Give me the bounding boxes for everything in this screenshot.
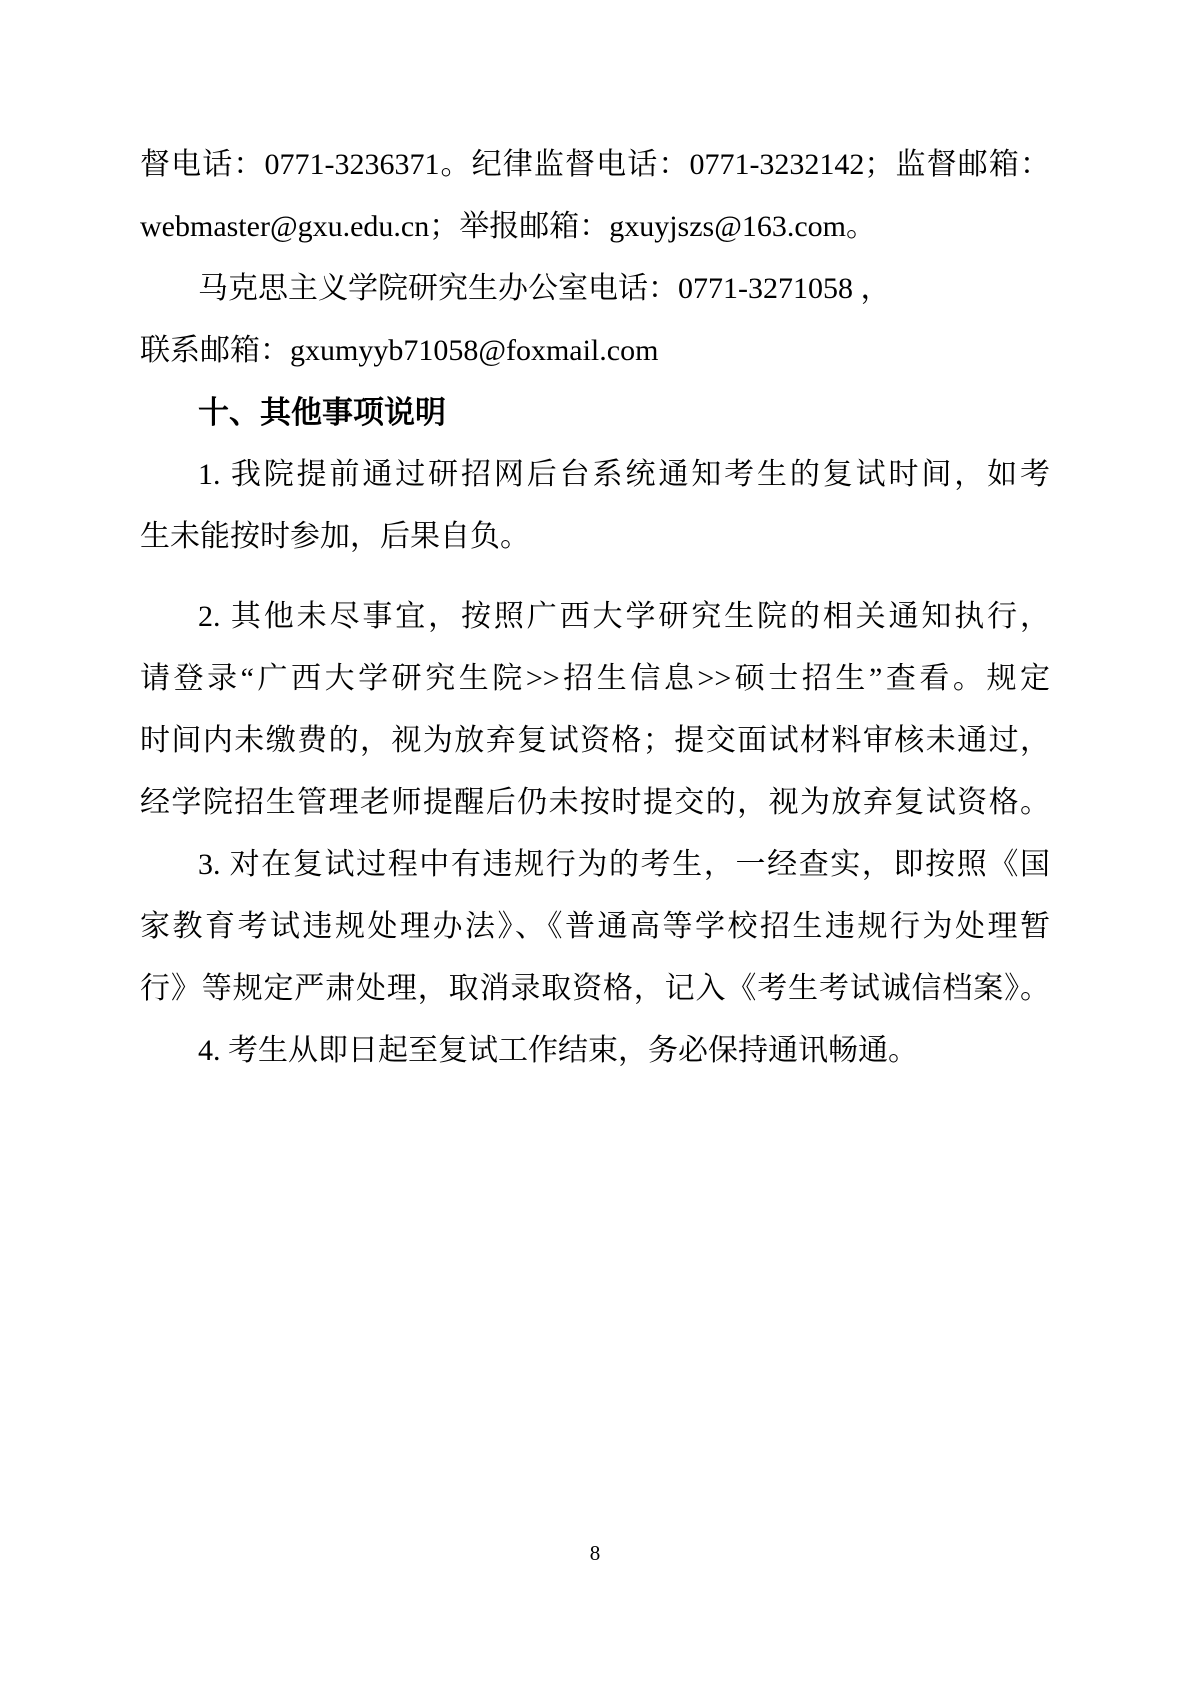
item-3-paragraph: 3. 对在复试过程中有违规行为的考生，一经查实，即按照《国 家教育考试违规处理办…: [140, 834, 1050, 1020]
body-line: 家教育考试违规处理办法》、《普通高等学校招生违规行为处理暂: [140, 896, 1050, 958]
body-line: 时间内未缴费的，视为放弃复试资格；提交面试材料审核未通过，: [140, 710, 1050, 772]
body-line: 3. 对在复试过程中有违规行为的考生，一经查实，即按照《国: [140, 834, 1050, 896]
body-line: 行》等规定严肃处理，取消录取资格，记入《考生考试诚信档案》。: [140, 958, 1050, 1020]
body-line: 经学院招生管理老师提醒后仍未按时提交的，视为放弃复试资格。: [140, 772, 1050, 834]
college-contact-paragraph: 马克思主义学院研究生办公室电话：0771-3271058 ， 联系邮箱：gxum…: [140, 258, 1050, 382]
body-line: 生未能按时参加，后果自负。: [140, 506, 1050, 568]
body-line: webmaster@gxu.edu.cn；举报邮箱：gxuyjszs@163.c…: [140, 196, 1050, 258]
item-2-paragraph: 2. 其他未尽事宜，按照广西大学研究生院的相关通知执行， 请登录“广西大学研究生…: [140, 586, 1050, 834]
item-4-paragraph: 4. 考生从即日起至复试工作结束，务必保持通讯畅通。: [140, 1020, 1050, 1082]
body-line: 4. 考生从即日起至复试工作结束，务必保持通讯畅通。: [140, 1020, 1050, 1082]
page-number: 8: [0, 1540, 1190, 1566]
body-line: 请登录“广西大学研究生院>>招生信息>>硕士招生”查看。规定: [140, 648, 1050, 710]
supervision-contact-paragraph: 督电话：0771-3236371。纪律监督电话：0771-3232142；监督邮…: [140, 134, 1050, 258]
document-body: 督电话：0771-3236371。纪律监督电话：0771-3232142；监督邮…: [140, 134, 1050, 1082]
document-page: 督电话：0771-3236371。纪律监督电话：0771-3232142；监督邮…: [0, 0, 1190, 1683]
section-heading: 十、其他事项说明: [140, 382, 1050, 444]
body-line: 联系邮箱：gxumyyb71058@foxmail.com: [140, 320, 1050, 382]
body-line: 马克思主义学院研究生办公室电话：0771-3271058 ，: [140, 258, 1050, 320]
body-line: 2. 其他未尽事宜，按照广西大学研究生院的相关通知执行，: [140, 586, 1050, 648]
body-line: 1. 我院提前通过研招网后台系统通知考生的复试时间，如考: [140, 444, 1050, 506]
section-heading-text: 十、其他事项说明: [140, 382, 1050, 444]
item-1-paragraph: 1. 我院提前通过研招网后台系统通知考生的复试时间，如考 生未能按时参加，后果自…: [140, 444, 1050, 568]
body-line: 督电话：0771-3236371。纪律监督电话：0771-3232142；监督邮…: [140, 134, 1050, 196]
